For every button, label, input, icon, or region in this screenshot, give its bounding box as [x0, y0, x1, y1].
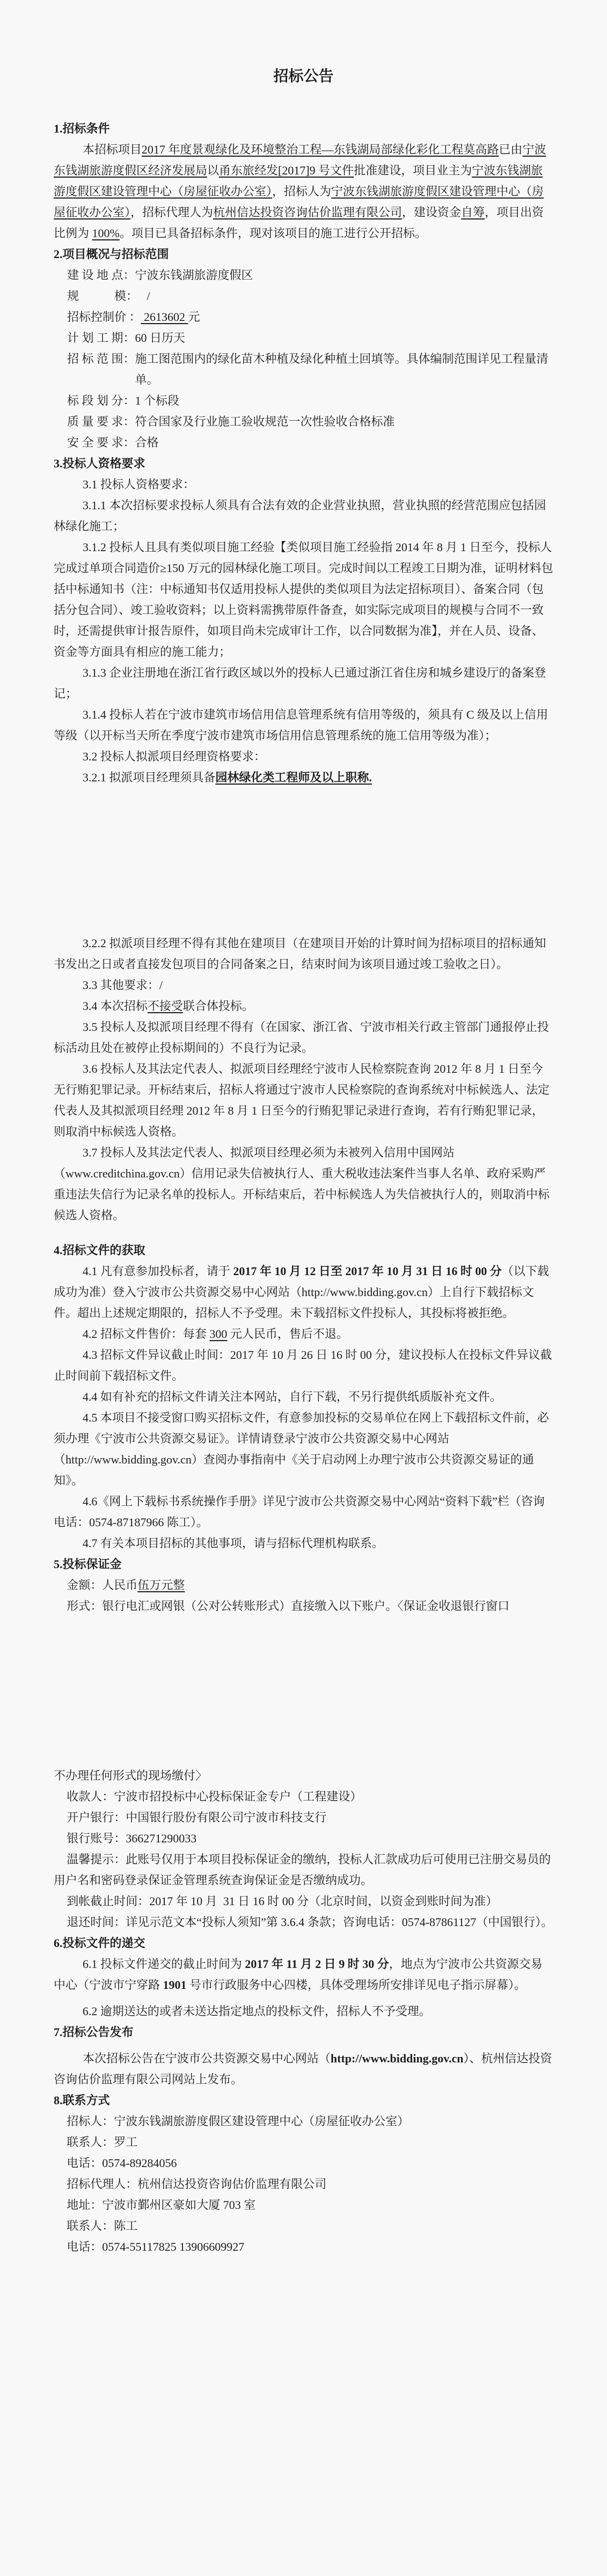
- field-label: 建 设 地 点：: [67, 265, 135, 286]
- field-row: 招 标 范 围：施工图范围内的绿化苗木种植及绿化种植土回填等。具体编制范围详见工…: [54, 348, 553, 390]
- page-break-gap: [54, 1226, 553, 1240]
- text-segment: 不办理任何形式的现场缴付〉: [54, 1769, 207, 1782]
- text-segment: 4.6《网上下载标书系统操作手册》详见宁波市公共资源交易中心网站“资料下载”栏（…: [54, 1495, 545, 1529]
- page-break-gap: [54, 2043, 553, 2048]
- section-heading: 4.招标文件的获取: [54, 1240, 553, 1261]
- text-segment: 已由: [499, 143, 522, 156]
- text-segment: 2613602: [141, 310, 188, 324]
- text-segment: 60 日历天: [135, 331, 186, 345]
- paragraph: 开户银行：中国银行股份有限公司宁波市科技支行: [54, 1807, 553, 1828]
- text-segment: 4.7 有关本项目招标的其他事项，请与招标代理机构联系。: [83, 1536, 384, 1550]
- text-segment: 施工图范围内的绿化苗木种植及绿化种植土回填等。具体编制范围详见工程量清单。: [135, 352, 549, 386]
- text-segment: 6.投标文件的递交: [54, 1936, 145, 1950]
- field-label: 安 全 要 求：: [67, 432, 135, 453]
- paragraph: 3.6 投标人及其法定代表人、拟派项目经理经宁波市人民检察院查询 2012 年 …: [54, 1058, 553, 1142]
- text-segment: ，建设资金: [402, 206, 461, 219]
- text-segment: 温馨提示：此账号仅用于本项目投标保证金的缴纳，投标人汇款成功后可使用已注册交易员…: [54, 1853, 551, 1887]
- document-page: 招标公告 1.招标条件本招标项目2017 年度景观绿化及环境整治工程—东钱湖局部…: [0, 0, 607, 2576]
- paragraph: 4.6《网上下载标书系统操作手册》详见宁波市公共资源交易中心网站“资料下载”栏（…: [54, 1491, 553, 1533]
- text-segment: 3.1.1 本次招标要求投标人须具有合法有效的企业营业执照，营业执照的经营范围应…: [54, 499, 546, 533]
- paragraph: 3.2.2 拟派项目经理不得有其他在建项目（在建项目开始的计算时间为招标项目的招…: [54, 933, 553, 975]
- text-segment: 招标代理人：杭州信达投资咨询估价监理有限公司: [67, 2177, 326, 2191]
- paragraph: 联系人：陈工: [54, 2215, 553, 2236]
- text-segment: 6.1 投标文件递交的截止时间为: [83, 1957, 245, 1971]
- paragraph: 本次招标公告在宁波市公共资源交易中心网站（http://www.bidding.…: [54, 2048, 553, 2090]
- page-break-gap: [54, 1616, 553, 1765]
- paragraph: 3.2 投标人拟派项目经理资格要求：: [54, 746, 553, 767]
- text-segment: 甬东旅经发[2017]9 号文件: [219, 164, 354, 177]
- section-heading: 5.投标保证金: [54, 1554, 553, 1575]
- paragraph: 3.1.2 投标人且具有类似项目施工经验【类似项目施工经验指 2014 年 8 …: [54, 537, 553, 662]
- text-segment: 4.2 招标文件售价：每套: [83, 1327, 210, 1341]
- text-segment: 伍万元整: [137, 1578, 185, 1592]
- paragraph: 3.1.1 本次招标要求投标人须具有合法有效的企业营业执照，营业执照的经营范围应…: [54, 495, 553, 537]
- field-value: 60 日历天: [135, 327, 553, 348]
- paragraph: 4.4 如有补充的招标文件请关注本网站，自行下载，不另行提供纸质版补充文件。: [54, 1386, 553, 1407]
- paragraph: 银行账号：366271290033: [54, 1828, 553, 1849]
- paragraph: 形式：银行电汇或网银（公对公转账形式）直接缴入以下账户。〈保证金收退银行窗口: [54, 1596, 553, 1616]
- document-body: 1.招标条件本招标项目2017 年度景观绿化及环境整治工程—东钱湖局部绿化彩化工…: [54, 118, 553, 2257]
- text-segment: 地址：宁波市鄞州区豪如大厦 703 室: [67, 2198, 255, 2212]
- field-row: 计 划 工 期：60 日历天: [54, 327, 553, 348]
- paragraph: 4.3 招标文件异议截止时间：2017 年 10 月 26 日 16 时 00 …: [54, 1344, 553, 1386]
- field-value: 合格: [135, 432, 553, 453]
- paragraph: 3.2.1 拟派项目经理须具备园林绿化类工程师及以上职称.: [54, 767, 553, 788]
- text-segment: 号市行政服务中心四楼，具体受理场所安排详见电子指示屏幕）。: [187, 1978, 526, 1992]
- text-segment: 3.4 本次招标: [83, 999, 148, 1013]
- paragraph: 6.2 逾期送达的或者未送达指定地点的投标文件，招标人不予受理。: [54, 2001, 553, 2022]
- field-label: 招标控制价 ：: [67, 306, 141, 327]
- text-segment: 收款人：宁波市招投标中心投标保证金专户（工程建设）: [67, 1790, 362, 1803]
- field-row: 建 设 地 点：宁波东钱湖旅游度假区: [54, 265, 553, 286]
- text-segment: 4.5 本项目不接受窗口购买招标文件，有意参加投标的交易单位在网上下载招标文件前…: [54, 1411, 549, 1487]
- text-segment: 3.1 投标人资格要求：: [83, 478, 195, 491]
- text-segment: 。项目已具备招标条件，现对该项目的施工进行公开招标。: [120, 226, 427, 240]
- text-segment: 批准建设，项目业主为: [354, 164, 472, 177]
- text-segment: 招标人：宁波东钱湖旅游度假区建设管理中心（房屋征收办公室）: [67, 2114, 409, 2128]
- text-segment: 银行账号：366271290033: [67, 1832, 196, 1845]
- page-break-gap: [54, 788, 553, 933]
- text-segment: 以: [207, 164, 219, 177]
- text-segment: 杭州信达投资咨询估价监理有限公司: [213, 206, 402, 219]
- field-value: /: [138, 286, 553, 306]
- paragraph: 4.7 有关本项目招标的其他事项，请与招标代理机构联系。: [54, 1533, 553, 1554]
- field-value: 施工图范围内的绿化苗木种植及绿化种植土回填等。具体编制范围详见工程量清单。: [135, 348, 553, 390]
- field-value: 2613602 元: [141, 306, 553, 327]
- text-segment: 2.项目概况与招标范围: [54, 247, 169, 261]
- text-segment: 联系人：罗工: [67, 2135, 137, 2149]
- text-segment: ，招标代理人为: [130, 206, 213, 219]
- field-label: 招 标 范 围：: [67, 348, 135, 390]
- paragraph: 金额：人民币伍万元整: [54, 1575, 553, 1596]
- text-segment: 6.2 逾期送达的或者未送达指定地点的投标文件，招标人不予受理。: [83, 2004, 431, 2018]
- section-heading: 8.联系方式: [54, 2090, 553, 2111]
- text-segment: 3.6 投标人及其法定代表人、拟派项目经理经宁波市人民检察院查询 2012 年 …: [54, 1062, 550, 1138]
- paragraph: 招标代理人：杭州信达投资咨询估价监理有限公司: [54, 2173, 553, 2194]
- paragraph: 到帐截止时间：2017 年 10 月 31 日 16 时 00 分（北京时间，以…: [54, 1891, 553, 1912]
- field-value: 宁波东钱湖旅游度假区: [135, 265, 553, 286]
- document-title: 招标公告: [54, 65, 553, 88]
- paragraph: 3.1 投标人资格要求：: [54, 474, 553, 495]
- section-heading: 3.投标人资格要求: [54, 453, 553, 474]
- text-segment: 退还时间：详见示范文本“投标人须知”第 3.6.4 条款；咨询电话：0574-8…: [67, 1915, 553, 1929]
- field-value: 1 个标段: [135, 390, 553, 411]
- text-segment: 3.2 投标人拟派项目经理资格要求：: [83, 750, 266, 763]
- field-label: 计 划 工 期：: [67, 327, 135, 348]
- text-segment: 1.招标条件: [54, 122, 110, 135]
- text-segment: 7.招标公告发布: [54, 2025, 134, 2039]
- paragraph: 3.1.4 投标人若在宁波市建筑市场信用信息管理系统有信用等级的，须具有 C 级…: [54, 704, 553, 746]
- paragraph: 电话：0574-89284056: [54, 2153, 553, 2173]
- text-segment: 合格: [135, 436, 159, 449]
- field-label: 标 段 划 分：: [67, 390, 135, 411]
- paragraph: 招标人：宁波东钱湖旅游度假区建设管理中心（房屋征收办公室）: [54, 2111, 553, 2132]
- field-row: 规 模： /: [54, 286, 553, 306]
- paragraph: 4.5 本项目不接受窗口购买招标文件，有意参加投标的交易单位在网上下载招标文件前…: [54, 1407, 553, 1491]
- text-segment: 宁波东钱湖旅游度假区: [135, 268, 253, 282]
- paragraph: 4.1 凡有意参加投标者，请于 2017 年 10 月 12 日至 2017 年…: [54, 1261, 553, 1323]
- paragraph: 3.4 本次招标不接受联合体投标。: [54, 996, 553, 1016]
- text-segment: 8.联系方式: [54, 2094, 110, 2107]
- text-segment: 3.1.4 投标人若在宁波市建筑市场信用信息管理系统有信用等级的，须具有 C 级…: [54, 708, 548, 742]
- paragraph: 温馨提示：此账号仅用于本项目投标保证金的缴纳，投标人汇款成功后可使用已注册交易员…: [54, 1849, 553, 1891]
- field-row: 安 全 要 求：合格: [54, 432, 553, 453]
- text-segment: 本招标项目: [83, 143, 142, 156]
- section-heading: 7.招标公告发布: [54, 2022, 553, 2043]
- paragraph: 联系人：罗工: [54, 2132, 553, 2153]
- text-segment: 5.投标保证金: [54, 1557, 122, 1571]
- section-heading: 1.招标条件: [54, 118, 553, 139]
- text-segment: http://www.bidding.gov.cn: [331, 2052, 464, 2065]
- paragraph: 6.1 投标文件递交的截止时间为 2017 年 11 月 2 日 9 时 30 …: [54, 1953, 553, 1995]
- paragraph: 3.5 投标人及拟派项目经理不得有（在国家、浙江省、宁波市相关行政主管部门通报停…: [54, 1016, 553, 1058]
- paragraph: 不办理任何形式的现场缴付〉: [54, 1765, 553, 1786]
- text-segment: 金额：人民币: [67, 1578, 137, 1592]
- text-segment: 300: [209, 1327, 227, 1341]
- text-segment: 电话：0574-55117825 13906609927: [67, 2240, 244, 2253]
- text-segment: 4.3 招标文件异议截止时间：2017 年 10 月 26 日 16 时 00 …: [54, 1348, 552, 1382]
- text-segment: 元: [188, 310, 200, 324]
- text-segment: 100%: [92, 226, 120, 240]
- text-segment: 3.1.3 企业注册地在浙江省行政区域以外的投标人已通过浙江省住房和城乡建设厅的…: [54, 666, 546, 700]
- text-segment: 自筹: [461, 206, 485, 219]
- text-segment: 3.7 投标人及其法定代表人、拟派项目经理必须为未被列入信用中国网站（www.c…: [54, 1146, 550, 1222]
- paragraph: 3.7 投标人及其法定代表人、拟派项目经理必须为未被列入信用中国网站（www.c…: [54, 1142, 553, 1226]
- text-segment: 本次招标公告在宁波市公共资源交易中心网站（: [83, 2052, 331, 2065]
- text-segment: 2017 年度景观绿化及环境整治工程—东钱湖局部绿化彩化工程莫高路: [142, 143, 499, 156]
- text-segment: 联系人：陈工: [67, 2219, 137, 2233]
- text-segment: 4.4 如有补充的招标文件请关注本网站，自行下载，不另行提供纸质版补充文件。: [83, 1390, 502, 1403]
- text-segment: 形式：银行电汇或网银（公对公转账形式）直接缴入以下账户。〈保证金收退银行窗口: [67, 1599, 509, 1613]
- text-segment: 2017 年 10 月 12 日至 2017 年 10 月 31 日 16 时 …: [233, 1264, 502, 1278]
- text-segment: 3.投标人资格要求: [54, 457, 145, 470]
- text-segment: 2017 年 11 月 2 日 9 时 30 分: [245, 1957, 389, 1971]
- page-break-gap: [54, 1995, 553, 2001]
- text-segment: 开户银行：中国银行股份有限公司宁波市科技支行: [67, 1811, 326, 1824]
- text-segment: 3.1.2 投标人且具有类似项目施工经验【类似项目施工经验指 2014 年 8 …: [54, 540, 553, 658]
- field-value: 符合国家及行业施工验收规范一次性验收合格标准: [135, 411, 553, 432]
- text-segment: 不接受: [148, 999, 183, 1013]
- text-segment: ，招标人为: [272, 185, 331, 198]
- paragraph: 地址：宁波市鄞州区豪如大厦 703 室: [54, 2194, 553, 2215]
- paragraph: 3.1.3 企业注册地在浙江省行政区域以外的投标人已通过浙江省住房和城乡建设厅的…: [54, 662, 553, 704]
- text-segment: 联合体投标。: [183, 999, 254, 1013]
- field-label: 规 模：: [67, 286, 138, 306]
- text-segment: 1 个标段: [135, 394, 180, 407]
- field-row: 质 量 要 求：符合国家及行业施工验收规范一次性验收合格标准: [54, 411, 553, 432]
- field-row: 标 段 划 分：1 个标段: [54, 390, 553, 411]
- text-segment: 3.3 其他要求：/: [83, 978, 163, 992]
- text-segment: 符合国家及行业施工验收规范一次性验收合格标准: [135, 415, 395, 428]
- paragraph: 收款人：宁波市招投标中心投标保证金专户（工程建设）: [54, 1786, 553, 1807]
- text-segment: 园林绿化类工程师及以上职称.: [215, 771, 372, 784]
- text-segment: 1901: [163, 1978, 187, 1992]
- paragraph: 4.2 招标文件售价：每套 300 元人民币，售后不退。: [54, 1323, 553, 1344]
- field-row: 招标控制价 ： 2613602 元: [54, 306, 553, 327]
- text-segment: /: [138, 289, 150, 303]
- text-segment: 3.5 投标人及拟派项目经理不得有（在国家、浙江省、宁波市相关行政主管部门通报停…: [54, 1020, 549, 1055]
- paragraph: 退还时间：详见示范文本“投标人须知”第 3.6.4 条款；咨询电话：0574-8…: [54, 1912, 553, 1933]
- paragraph: 本招标项目2017 年度景观绿化及环境整治工程—东钱湖局部绿化彩化工程莫高路已由…: [54, 139, 553, 244]
- text-segment: 到帐截止时间：2017 年 10 月 31 日 16 时 00 分（北京时间，以…: [67, 1894, 498, 1908]
- paragraph: 电话：0574-55117825 13906609927: [54, 2236, 553, 2257]
- text-segment: 4.1 凡有意参加投标者，请于: [83, 1264, 233, 1278]
- section-heading: 2.项目概况与招标范围: [54, 244, 553, 265]
- text-segment: 4.招标文件的获取: [54, 1243, 145, 1257]
- text-segment: 3.2.2 拟派项目经理不得有其他在建项目（在建项目开始的计算时间为招标项目的招…: [54, 936, 546, 971]
- text-segment: 3.2.1 拟派项目经理须具备: [83, 771, 216, 784]
- text-segment: 电话：0574-89284056: [67, 2156, 177, 2170]
- text-segment: 元人民币，售后不退。: [227, 1327, 348, 1341]
- field-label: 质 量 要 求：: [67, 411, 135, 432]
- paragraph: 3.3 其他要求：/: [54, 975, 553, 996]
- section-heading: 6.投标文件的递交: [54, 1933, 553, 1953]
